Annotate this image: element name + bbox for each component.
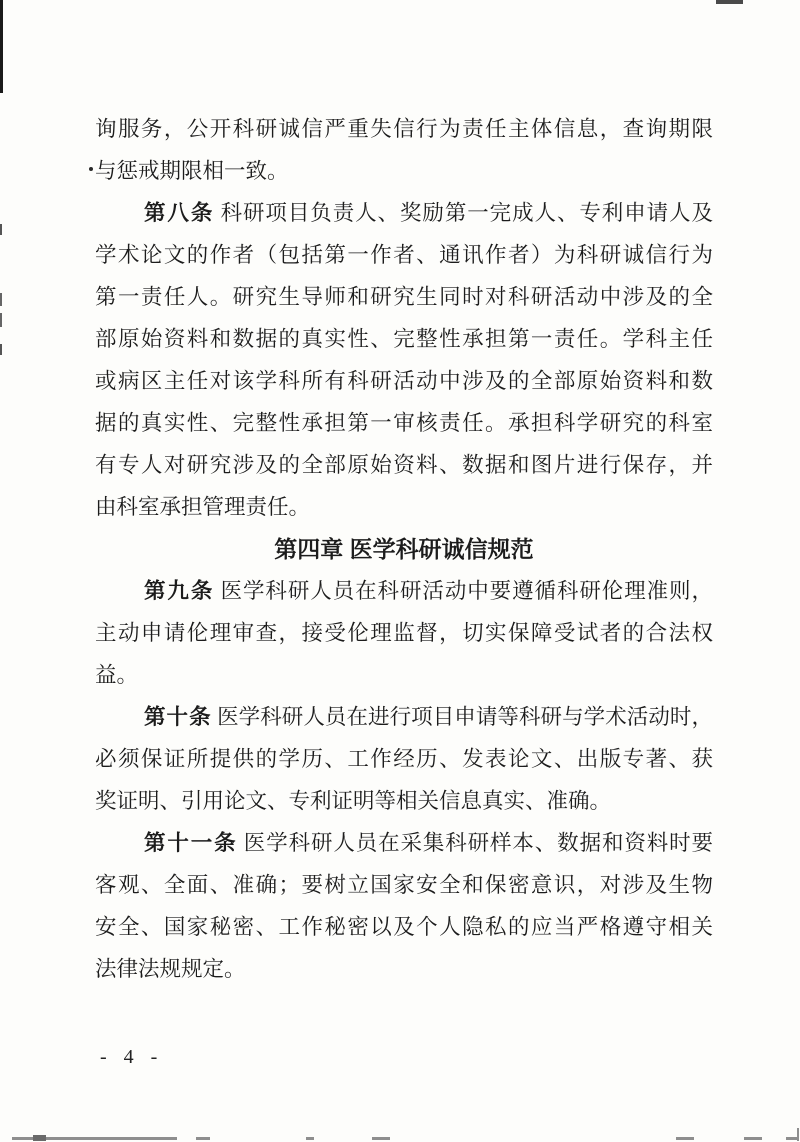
document-text-line: 必须保证所提供的学历、工作经历、发表论文、出版专著、获 [95, 738, 713, 780]
scan-bottom-line [372, 1137, 390, 1140]
document-text-line: 客观、全面、准确；要树立国家安全和保密意识，对涉及生物 [95, 864, 713, 906]
scan-edge-line [0, 0, 3, 93]
page-number: - 4 - [100, 1046, 163, 1069]
chapter-heading: 第四章 医学科研诚信规范 [95, 528, 713, 570]
document-text-line: 第十一条 医学科研人员在采集科研样本、数据和资料时要 [95, 822, 713, 864]
scan-bottom-line [306, 1137, 314, 1140]
document-text-line: 第八条 科研项目负责人、奖励第一完成人、专利申请人及 [95, 192, 713, 234]
scan-bottom-line [744, 1137, 762, 1140]
document-text-line: 学术论文的作者（包括第一作者、通讯作者）为科研诚信行为 [95, 234, 713, 276]
article-number: 第九条 [144, 579, 214, 603]
article-number: 第十条 [144, 705, 212, 729]
scan-bottom-line [786, 1137, 798, 1140]
scan-smudge [716, 0, 743, 4]
scan-edge-tick [0, 293, 2, 306]
document-text-block: 询服务，公开科研诚信严重失信行为责任主体信息，查询期限与惩戒期限相一致。第八条 … [95, 108, 713, 990]
article-number: 第十一条 [144, 831, 238, 855]
document-text-line: 有专人对研究涉及的全部原始资料、数据和图片进行保存，并 [95, 444, 713, 486]
scan-bottom-line [196, 1137, 210, 1140]
document-text-line: 部原始资料和数据的真实性、完整性承担第一责任。学科主任 [95, 318, 713, 360]
document-text-line: 安全、国家秘密、工作秘密以及个人隐私的应当严格遵守相关 [95, 906, 713, 948]
scan-bottom-line [676, 1137, 694, 1140]
article-number: 第八条 [144, 201, 214, 225]
document-text-line: 据的真实性、完整性承担第一审核责任。承担科学研究的科室 [95, 402, 713, 444]
document-text-line: 第九条 医学科研人员在科研活动中要遵循科研伦理准则， [95, 570, 713, 612]
document-text-line: 或病区主任对该学科所有科研活动中涉及的全部原始资料和数 [95, 360, 713, 402]
scan-stray-dot [89, 167, 93, 171]
document-text-line: 法律法规规定。 [95, 948, 713, 990]
scan-corner-tick [797, 1128, 799, 1141]
document-page: 询服务，公开科研诚信严重失信行为责任主体信息，查询期限与惩戒期限相一致。第八条 … [0, 0, 800, 1142]
document-text-line: 与惩戒期限相一致。 [95, 150, 713, 192]
scan-edge-tick [0, 313, 2, 327]
document-text-line: 奖证明、引用论文、专利证明等相关信息真实、准确。 [95, 780, 713, 822]
document-text-line: 第十条 医学科研人员在进行项目申请等科研与学术活动时， [95, 696, 713, 738]
scan-bottom-line [12, 1137, 177, 1140]
scan-bottom-line [33, 1135, 46, 1141]
document-text-line: 益。 [95, 654, 713, 696]
scan-edge-tick [0, 344, 2, 355]
document-text-line: 第一责任人。研究生导师和研究生同时对科研活动中涉及的全 [95, 276, 713, 318]
document-text-line: 由科室承担管理责任。 [95, 486, 713, 528]
scan-edge-tick [0, 224, 2, 235]
document-text-line: 询服务，公开科研诚信严重失信行为责任主体信息，查询期限 [95, 108, 713, 150]
document-text-line: 主动申请伦理审查，接受伦理监督，切实保障受试者的合法权 [95, 612, 713, 654]
